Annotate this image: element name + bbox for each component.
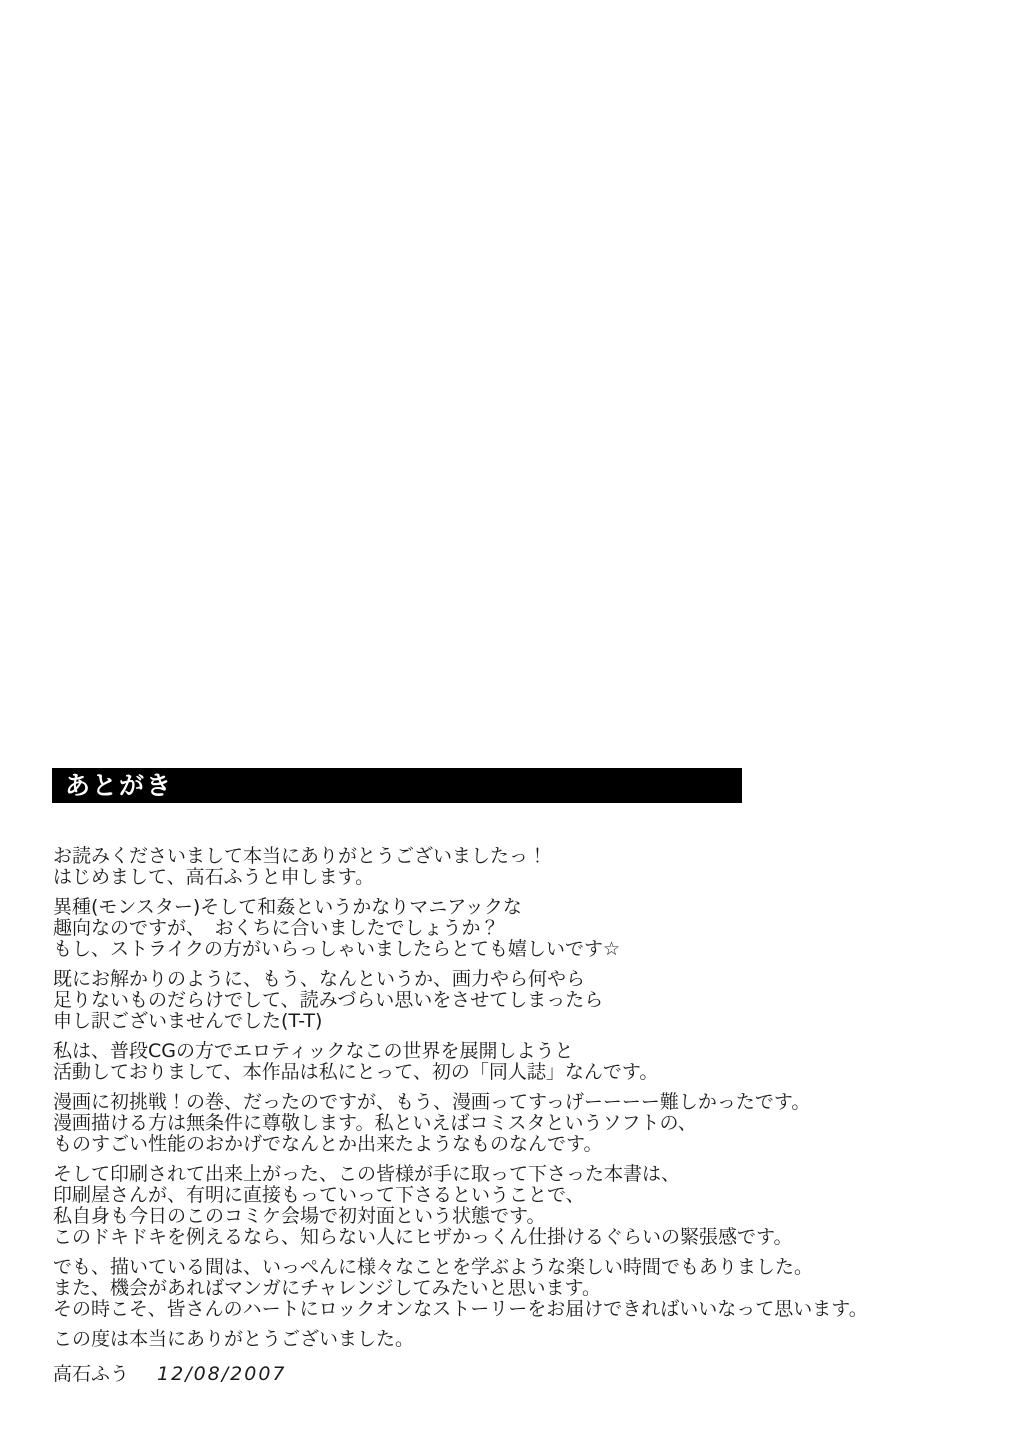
author-name: 高石ふう <box>53 1363 129 1385</box>
text-line: 申し訳ございませんでした(T-T) <box>53 1011 983 1032</box>
text-line: もし、ストライクの方がいらっしゃいましたらとても嬉しいです☆ <box>53 939 983 960</box>
signature-date: 12/08/2007 <box>157 1363 287 1385</box>
paragraph: お読みくださいまして本当にありがとうございましたっ！はじめまして、高石ふうと申し… <box>53 846 983 888</box>
text-line: このドキドキを例えるなら、知らない人にヒザかっくん仕掛けるぐらいの緊張感です。 <box>53 1227 983 1248</box>
paragraph: でも、描いている間は、いっぺんに様々なことを学ぶような楽しい時間でもありました。… <box>53 1257 983 1320</box>
signature-line: 高石ふう12/08/2007 <box>53 1364 983 1385</box>
text-line: この度は本当にありがとうございました。 <box>53 1329 983 1350</box>
text-line: ものすごい性能のおかげでなんとか出来たようなものなんです。 <box>53 1134 983 1155</box>
text-line: そして印刷されて出来上がった、この皆様が手に取って下さった本書は、 <box>53 1164 983 1185</box>
text-line: 漫画に初挑戦！の巻、だったのですが、もう、漫画ってすっげーーーー難しかったです。 <box>53 1092 983 1113</box>
paragraph: 私は、普段CGの方でエロティックなこの世界を展開しようと活動しておりまして、本作… <box>53 1041 983 1083</box>
text-line: はじめまして、高石ふうと申します。 <box>53 867 983 888</box>
text-line: 私自身も今日のこのコミケ会場で初対面という状態です。 <box>53 1206 983 1227</box>
paragraph: この度は本当にありがとうございました。 <box>53 1329 983 1350</box>
text-line: その時こそ、皆さんのハートにロックオンなストーリーをお届けできればいいなって思い… <box>53 1299 983 1320</box>
text-line: 異種(モンスター)そして和姦というかなりマニアックな <box>53 897 983 918</box>
text-line: 印刷屋さんが、有明に直接もっていって下さるということで、 <box>53 1185 983 1206</box>
paragraph: 漫画に初挑戦！の巻、だったのですが、もう、漫画ってすっげーーーー難しかったです。… <box>53 1092 983 1155</box>
text-line: 漫画描ける方は無条件に尊敬します。私といえばコミスタというソフトの、 <box>53 1113 983 1134</box>
section-title-bar: あとがき <box>52 768 742 803</box>
text-line: 足りないものだらけでして、読みづらい思いをさせてしまったら <box>53 990 983 1011</box>
text-line: でも、描いている間は、いっぺんに様々なことを学ぶような楽しい時間でもありました。 <box>53 1257 983 1278</box>
afterword-body: お読みくださいまして本当にありがとうございましたっ！はじめまして、高石ふうと申し… <box>53 846 983 1385</box>
paragraph: 既にお解かりのように、もう、なんというか、画力やら何やら足りないものだらけでして… <box>53 969 983 1032</box>
page-title: あとがき <box>65 773 173 798</box>
text-line: 私は、普段CGの方でエロティックなこの世界を展開しようと <box>53 1041 983 1062</box>
paragraph: 異種(モンスター)そして和姦というかなりマニアックな趣向なのですが、 おくちに合… <box>53 897 983 960</box>
text-line: また、機会があればマンガにチャレンジしてみたいと思います。 <box>53 1278 983 1299</box>
text-line: 既にお解かりのように、もう、なんというか、画力やら何やら <box>53 969 983 990</box>
paragraph: そして印刷されて出来上がった、この皆様が手に取って下さった本書は、印刷屋さんが、… <box>53 1164 983 1248</box>
text-line: お読みくださいまして本当にありがとうございましたっ！ <box>53 846 983 867</box>
text-line: 趣向なのですが、 おくちに合いましたでしょうか？ <box>53 918 983 939</box>
text-line: 活動しておりまして、本作品は私にとって、初の「同人誌」なんです。 <box>53 1062 983 1083</box>
afterword-page: あとがき お読みくださいまして本当にありがとうございましたっ！はじめまして、高石… <box>0 0 1024 1446</box>
